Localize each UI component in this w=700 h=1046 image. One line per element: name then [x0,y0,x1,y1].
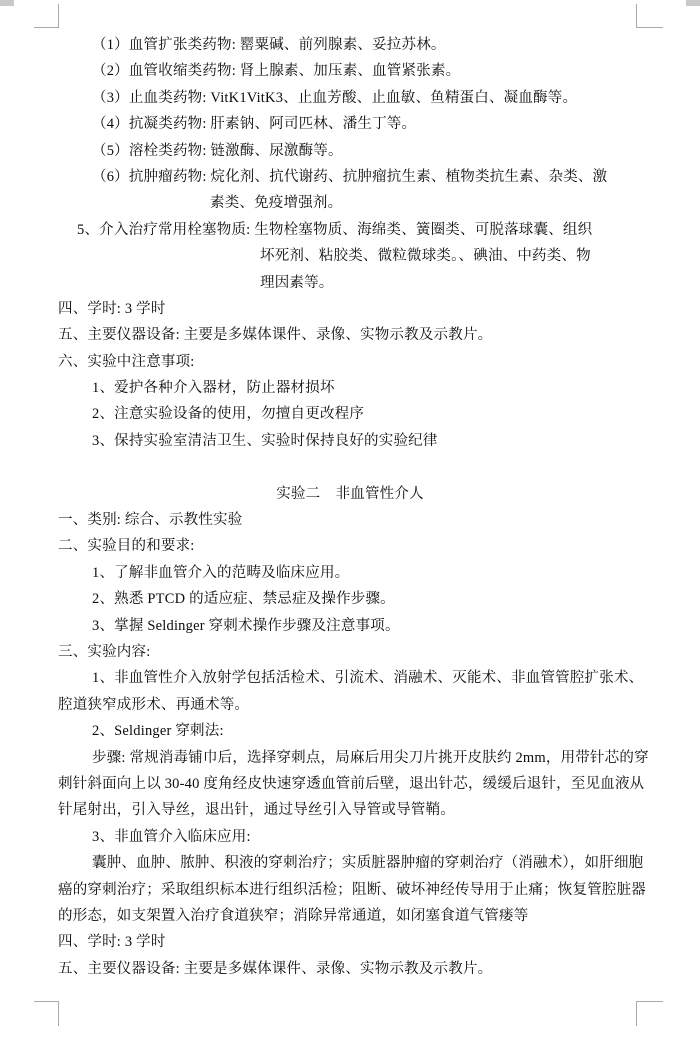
text-line: 理因素等。 [0,270,700,296]
text-line: 四、学时: 3 学时 [0,296,700,322]
text-boundary-mark-top-left [34,4,59,28]
text-line: （2）血管收缩类药物: 肾上腺素、加压素、血管紧张素。 [0,58,700,84]
text-line: 2、熟悉 PTCD 的适应症、禁忌症及操作步骤。 [0,586,700,612]
text-boundary-mark-bottom-right [636,1001,663,1026]
text-line: 癌的穿刺治疗；采取组织标本进行组织活检；阻断、破坏神经传导用于止痛；恢复管腔脏器 [0,877,700,903]
screenshot-edge-right [686,0,700,6]
text-line: 5、介入治疗常用栓塞物质: 生物栓塞物质、海绵类、簧圈类、可脱落球囊、组织 [0,217,700,243]
text-line: 1、非血管性介入放射学包括活检术、引流术、消融术、灭能术、非血管管腔扩张术、 [0,665,700,691]
text-line: 坏死剂、粘胶类、微粒微球类。、碘油、中药类、物 [0,243,700,269]
text-boundary-mark-top-right [636,4,663,28]
blank-line [0,454,700,480]
text-line: 针尾射出，引入导丝，退出针，通过导丝引入导管或导管鞘。 [0,797,700,823]
section-title: 实验二 非血管性介人 [0,481,700,507]
text-line: 四、学时: 3 学时 [0,929,700,955]
text-line: 素类、免疫增强剂。 [0,190,700,216]
text-line: 1、爱护各种介入器材，防止器材损坏 [0,375,700,401]
text-line: 三、实验内容: [0,639,700,665]
text-line: 的形态，如支架置入治疗食道狭窄；消除异常通道，如闭塞食道气管瘘等 [0,903,700,929]
text-line: 3、非血管介入临床应用: [0,824,700,850]
text-line: 2、Seldinger 穿刺法: [0,718,700,744]
document-body: （1）血管扩张类药物: 罂粟碱、前列腺素、妥拉苏林。（2）血管收缩类药物: 肾上… [0,32,700,982]
document-page: （1）血管扩张类药物: 罂粟碱、前列腺素、妥拉苏林。（2）血管收缩类药物: 肾上… [0,0,700,1046]
text-line: 2、注意实验设备的使用，勿擅自更改程序 [0,401,700,427]
text-line: （6）抗肿瘤药物: 烷化剂、抗代谢药、抗肿瘤抗生素、植物类抗生素、杂类、激 [0,164,700,190]
text-line: 3、保持实验室清洁卫生、实验时保持良好的实验纪律 [0,428,700,454]
screenshot-edge-left [0,0,14,6]
text-line: 五、主要仪器设备: 主要是多媒体课件、录像、实物示教及示教片。 [0,322,700,348]
text-line: （3）止血类药物: VitK1VitK3、止血芳酸、止血敏、鱼精蛋白、凝血酶等。 [0,85,700,111]
text-line: 一、类别: 综合、示教性实验 [0,507,700,533]
text-line: 五、主要仪器设备: 主要是多媒体课件、录像、实物示教及示教片。 [0,956,700,982]
text-line: 1、了解非血管介入的范畴及临床应用。 [0,560,700,586]
text-line: 囊肿、血肿、脓肿、积液的穿刺治疗；实质脏器肿瘤的穿刺治疗（消融术），如肝细胞 [0,850,700,876]
text-line: （5）溶栓类药物: 链激酶、尿激酶等。 [0,138,700,164]
text-line: 六、实验中注意事项: [0,349,700,375]
text-line: 步骤: 常规消毒铺巾后，选择穿刺点，局麻后用尖刀片挑开皮肤约 2mm，用带针芯的… [0,745,700,771]
text-boundary-mark-bottom-left [34,1001,59,1026]
text-line: 3、掌握 Seldinger 穿刺术操作步骤及注意事项。 [0,613,700,639]
text-line: 刺针斜面向上以 30-40 度角经皮快速穿透血管前后壁，退出针芯，缓缓后退针，至… [0,771,700,797]
text-line: （4）抗凝类药物: 肝素钠、阿司匹林、潘生丁等。 [0,111,700,137]
text-line: 二、实验目的和要求: [0,533,700,559]
text-line: （1）血管扩张类药物: 罂粟碱、前列腺素、妥拉苏林。 [0,32,700,58]
text-line: 腔道狭窄成形术、再通术等。 [0,692,700,718]
